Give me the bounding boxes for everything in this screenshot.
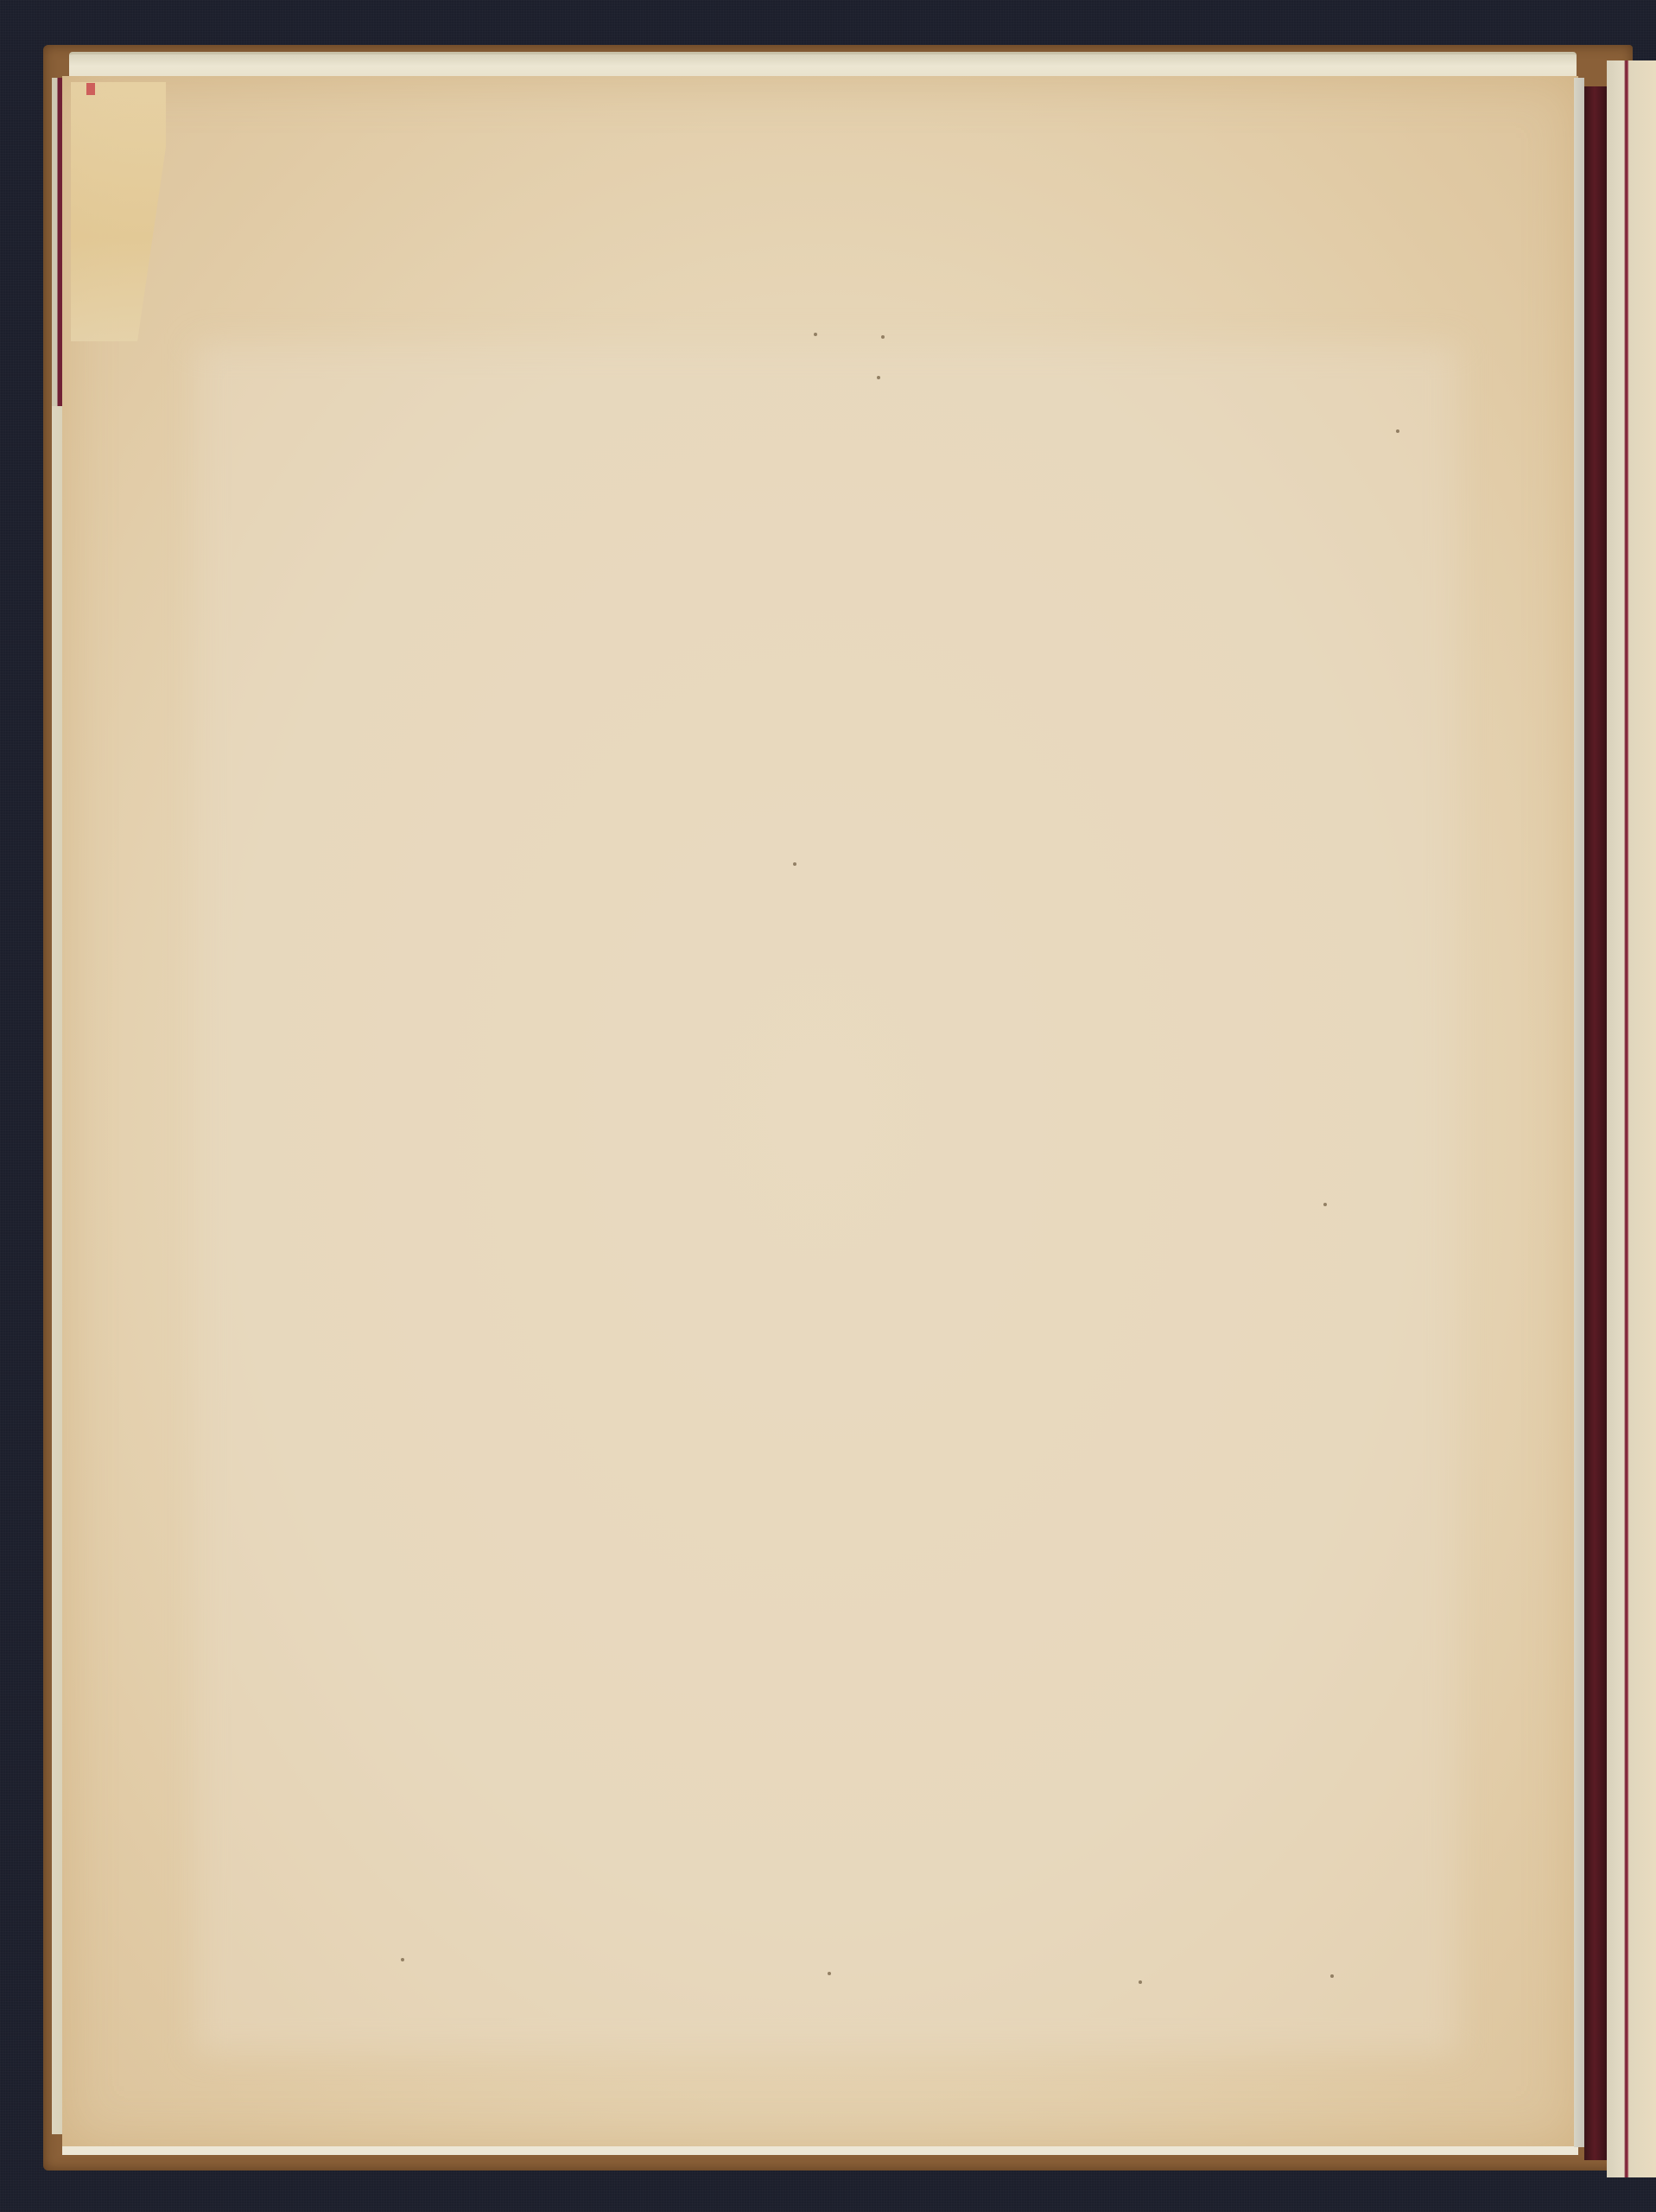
page-bottom-edge xyxy=(62,2146,1578,2155)
paper-speck xyxy=(1330,1974,1334,1978)
next-page-stack xyxy=(1607,60,1656,2177)
paper-speck xyxy=(401,1958,404,1961)
red-ink-mark xyxy=(86,83,95,95)
paper-speck xyxy=(1139,1980,1142,1984)
paper-speck xyxy=(1323,1203,1327,1206)
paper-speck xyxy=(877,376,880,379)
paper-speck xyxy=(1396,429,1399,433)
page-right-edge xyxy=(1574,78,1584,2147)
blank-page xyxy=(62,76,1578,2148)
paper-speck xyxy=(881,335,885,339)
paper-speck xyxy=(828,1972,831,1975)
paper-speck xyxy=(793,862,796,866)
paper-speck xyxy=(814,333,817,336)
scan-background xyxy=(0,0,1656,2212)
